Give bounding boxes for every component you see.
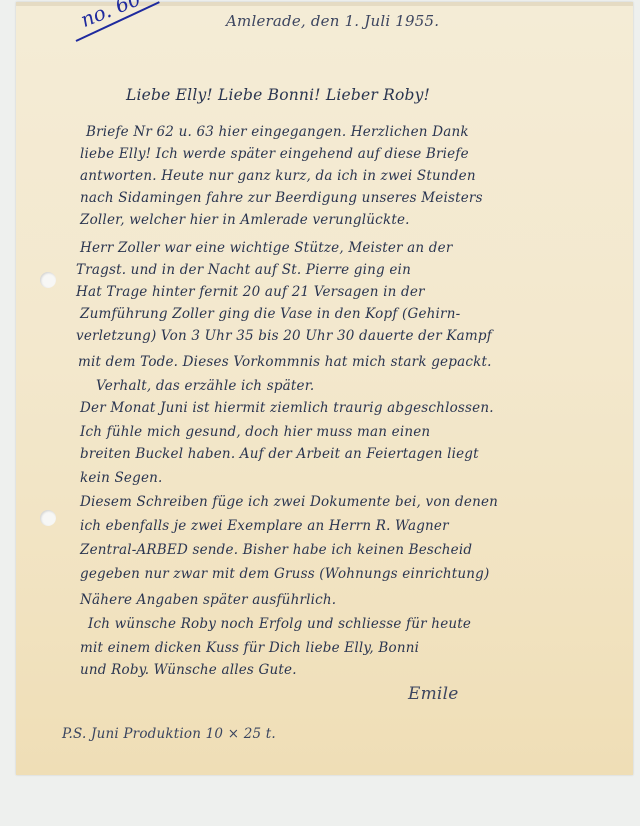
body-line: und Roby. Wünsche alles Gute.: [80, 662, 297, 678]
body-line: Der Monat Juni ist hiermit ziemlich trau…: [80, 400, 494, 416]
body-line: Zumführung Zoller ging die Vase in den K…: [80, 306, 460, 322]
body-line: Zoller, welcher hier in Amlerade verungl…: [80, 212, 410, 228]
salutation: Liebe Elly! Liebe Bonni! Lieber Roby!: [126, 86, 430, 104]
punch-hole-lower: [40, 510, 56, 526]
body-line: Tragst. und in der Nacht auf St. Pierre …: [76, 262, 411, 278]
body-line: nach Sidamingen fahre zur Beerdigung uns…: [80, 190, 483, 206]
body-line: Hat Trage hinter fernit 20 auf 21 Versag…: [76, 284, 425, 300]
punch-hole-upper: [40, 272, 56, 288]
body-line: Zentral-ARBED sende. Bisher habe ich kei…: [80, 542, 472, 558]
body-line: gegeben nur zwar mit dem Gruss (Wohnungs…: [80, 566, 489, 582]
body-line: antworten. Heute nur ganz kurz, da ich i…: [80, 168, 476, 184]
body-line: ich ebenfalls je zwei Exemplare an Herrn…: [80, 518, 449, 534]
body-line: Herr Zoller war eine wichtige Stütze, Me…: [80, 240, 452, 256]
body-line: liebe Elly! Ich werde später eingehend a…: [80, 146, 469, 162]
body-line: Diesem Schreiben füge ich zwei Dokumente…: [80, 494, 498, 510]
body-line: Ich wünsche Roby noch Erfolg und schlies…: [88, 616, 471, 632]
body-line: breiten Buckel haben. Auf der Arbeit an …: [80, 446, 479, 462]
body-line: verletzung) Von 3 Uhr 35 bis 20 Uhr 30 d…: [76, 328, 492, 344]
postscript: P.S. Juni Produktion 10 × 25 t.: [62, 726, 276, 742]
body-line: Ich fühle mich gesund, doch hier muss ma…: [80, 424, 430, 440]
dateline: Amlerade, den 1. Juli 1955.: [226, 12, 439, 30]
body-line: mit dem Tode. Dieses Vorkommnis hat mich…: [78, 354, 492, 370]
body-line: kein Segen.: [80, 470, 163, 486]
body-line: Briefe Nr 62 u. 63 hier eingegangen. Her…: [86, 124, 469, 140]
body-line: Nähere Angaben später ausführlich.: [80, 592, 336, 608]
signature: Emile: [408, 684, 458, 704]
body-line: mit einem dicken Kuss für Dich liebe Ell…: [80, 640, 419, 656]
body-line: Verhalt, das erzähle ich später.: [96, 378, 314, 394]
